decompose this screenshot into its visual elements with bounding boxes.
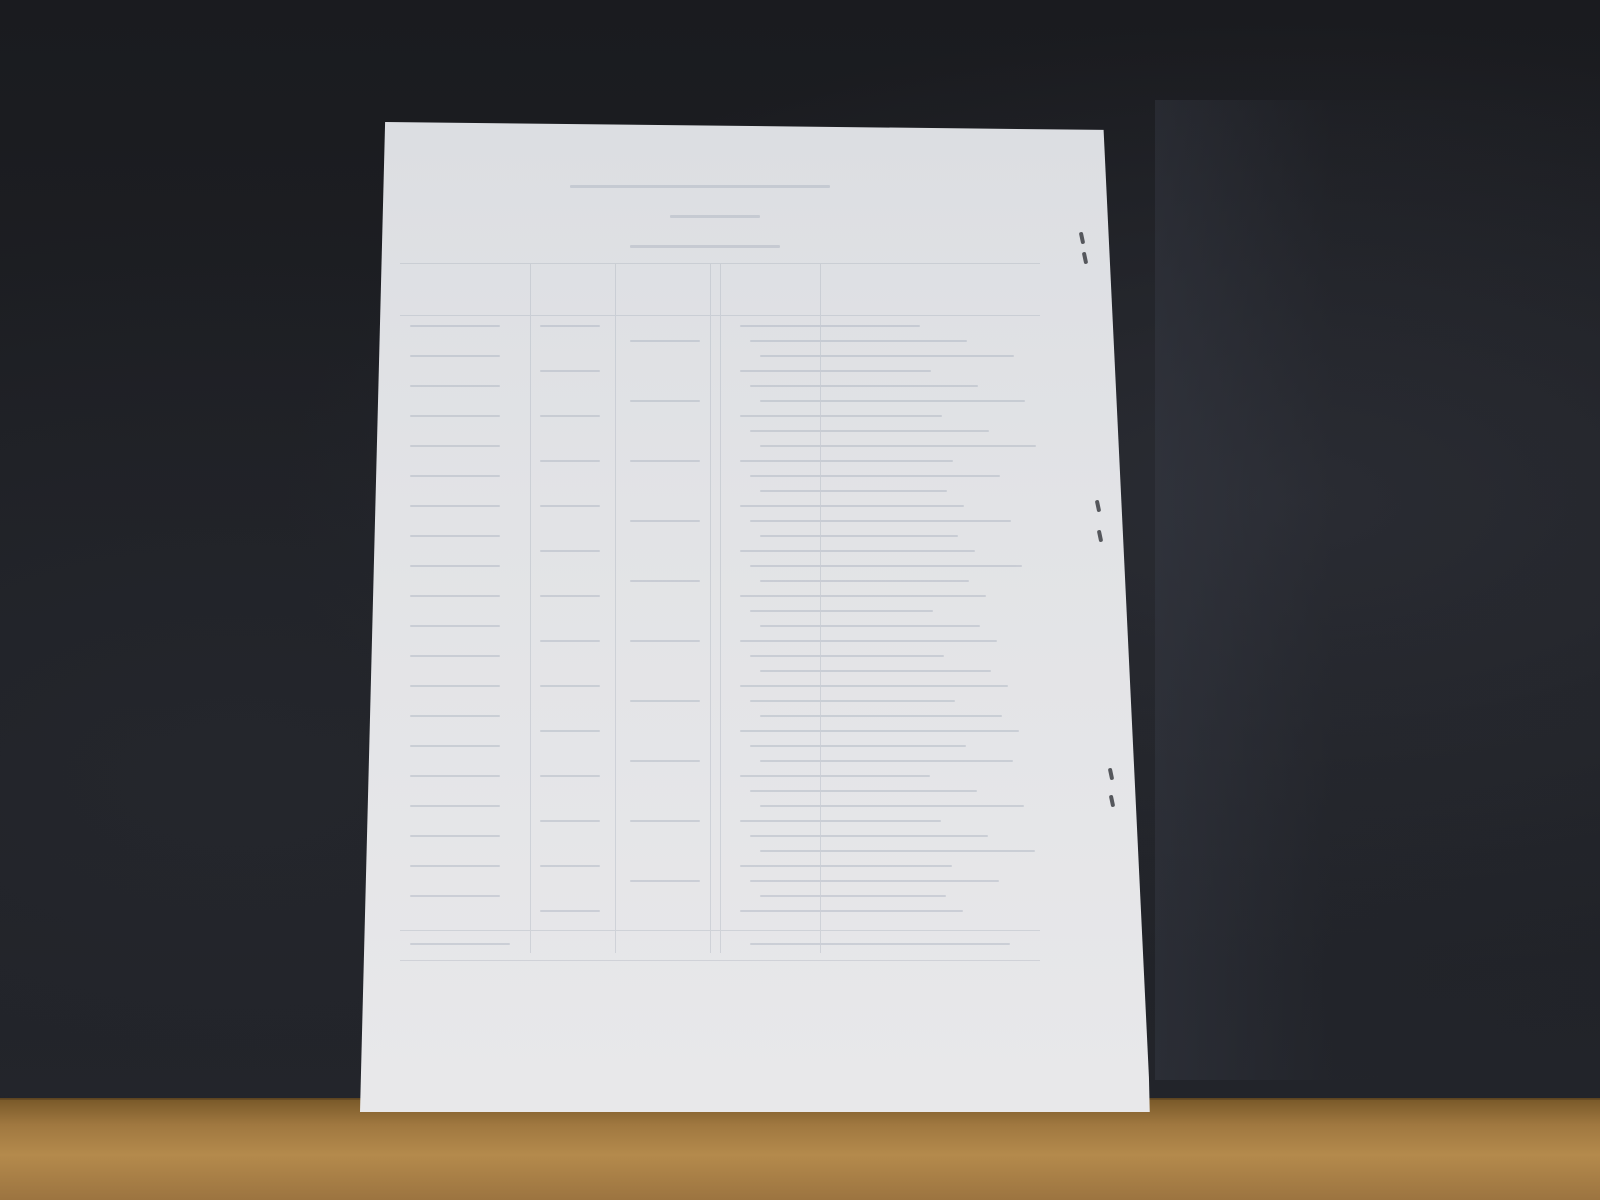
bleed-line — [750, 340, 967, 342]
bleed-line — [760, 670, 991, 672]
bleed-line — [410, 865, 500, 867]
bleed-line — [740, 820, 941, 822]
bleed-line — [410, 415, 500, 417]
bleed-line — [750, 385, 978, 387]
bleed-line — [410, 475, 500, 477]
bleed-line — [410, 745, 500, 747]
bleed-line — [630, 340, 700, 342]
bleed-line — [410, 505, 500, 507]
bleed-line — [540, 370, 600, 372]
bleed-line — [740, 775, 930, 777]
bleed-line — [750, 655, 944, 657]
bleed-line — [750, 430, 989, 432]
bleed-through-content — [390, 175, 1060, 975]
bleed-line — [410, 835, 500, 837]
bleed-line — [740, 415, 942, 417]
bleed-line — [750, 700, 955, 702]
bleed-line — [740, 595, 986, 597]
backdrop-sheen — [1155, 100, 1600, 1080]
bleed-line — [540, 325, 600, 327]
bleed-line — [630, 520, 700, 522]
bleed-line — [410, 385, 500, 387]
bleed-line — [410, 325, 500, 327]
bleed-line — [540, 820, 600, 822]
bleed-line — [740, 910, 963, 912]
bleed-line — [740, 685, 1008, 687]
bleed-line — [750, 835, 988, 837]
bleed-line — [750, 880, 999, 882]
bleed-line — [630, 820, 700, 822]
bleed-line — [750, 475, 1000, 477]
bleed-line — [630, 460, 700, 462]
bleed-line — [540, 775, 600, 777]
bleed-line — [410, 655, 500, 657]
bleed-line — [740, 730, 1019, 732]
bleed-line — [760, 490, 947, 492]
bleed-line — [410, 535, 500, 537]
bleed-line — [410, 775, 500, 777]
bleed-line — [630, 245, 780, 248]
bleed-line — [540, 595, 600, 597]
bleed-line — [740, 640, 997, 642]
bleed-line — [540, 730, 600, 732]
bleed-rule — [400, 930, 1040, 931]
bleed-line — [410, 565, 500, 567]
bleed-rule — [710, 263, 711, 953]
bleed-line — [760, 715, 1002, 717]
bleed-line — [540, 460, 600, 462]
bleed-line — [670, 215, 760, 218]
bleed-line — [570, 185, 830, 188]
bleed-line — [410, 595, 500, 597]
bleed-line — [540, 685, 600, 687]
bleed-line — [750, 745, 966, 747]
bleed-line — [740, 370, 931, 372]
bleed-line — [750, 520, 1011, 522]
bleed-line — [750, 610, 933, 612]
bleed-line — [540, 865, 600, 867]
bleed-line — [760, 760, 1013, 762]
bleed-line — [760, 535, 958, 537]
bleed-line — [410, 625, 500, 627]
bleed-line — [630, 760, 700, 762]
bleed-line — [410, 355, 500, 357]
bleed-line — [630, 400, 700, 402]
bleed-rule — [400, 960, 1040, 961]
bleed-line — [540, 910, 600, 912]
bleed-line — [760, 805, 1024, 807]
bleed-line — [760, 355, 1014, 357]
bleed-line — [760, 625, 980, 627]
bleed-rule — [720, 263, 721, 953]
bleed-line — [740, 865, 952, 867]
bleed-line — [760, 850, 1035, 852]
bleed-line — [630, 640, 700, 642]
bleed-line — [630, 880, 700, 882]
bleed-line — [540, 415, 600, 417]
bleed-line — [630, 580, 700, 582]
bleed-line — [760, 400, 1025, 402]
bleed-line — [740, 505, 964, 507]
wooden-shelf — [0, 1100, 1600, 1200]
bleed-line — [760, 580, 969, 582]
bleed-line — [740, 460, 953, 462]
bleed-line — [410, 715, 500, 717]
bleed-line — [750, 943, 1010, 945]
bleed-line — [740, 550, 975, 552]
bleed-line — [630, 700, 700, 702]
bleed-line — [410, 805, 500, 807]
bleed-line — [410, 895, 500, 897]
bleed-rule — [530, 263, 531, 953]
bleed-line — [740, 325, 920, 327]
bleed-line — [540, 640, 600, 642]
bleed-line — [410, 943, 510, 945]
bleed-line — [750, 565, 1022, 567]
bleed-rule — [615, 263, 616, 953]
bleed-line — [760, 895, 946, 897]
bleed-line — [760, 445, 1036, 447]
bleed-line — [540, 550, 600, 552]
bleed-line — [410, 685, 500, 687]
bleed-line — [540, 505, 600, 507]
bleed-line — [750, 790, 977, 792]
bleed-line — [410, 445, 500, 447]
